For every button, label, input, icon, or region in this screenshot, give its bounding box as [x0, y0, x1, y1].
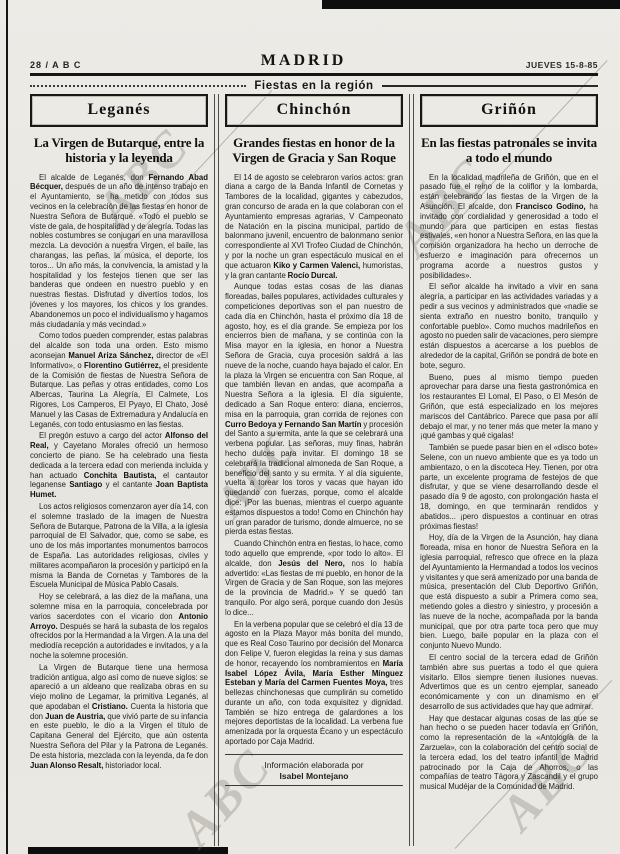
article-paragraph: La Virgen de Butarque tiene una hermosa …: [30, 663, 208, 771]
page-folio: 28 / A B C: [30, 60, 81, 70]
article-paragraph: Hay que destacar algunas cosas de las qu…: [420, 714, 598, 792]
scan-left-edge-line: [6, 0, 8, 854]
town-box-chinchon: Chinchón: [225, 94, 403, 127]
town-box-grinon: Griñón: [420, 94, 598, 127]
article-paragraph: El 14 de agosto se celebraron varios act…: [225, 173, 403, 281]
headline-grinon: En las fiestas patronales se invita a to…: [420, 135, 598, 166]
articles-row: Leganés La Virgen de Butarque, entre la …: [30, 94, 598, 846]
article-paragraph: Hoy se celebrará, a las diez de la mañan…: [30, 592, 208, 661]
town-name: Leganés: [88, 101, 151, 118]
town-box-leganes: Leganés: [30, 94, 208, 127]
issue-date: JUEVES 15-8-85: [526, 60, 598, 70]
article-paragraph: Los actos religiosos comenzaron ayer día…: [30, 502, 208, 590]
article-paragraph: También se puede pasar bien en el «disco…: [420, 443, 598, 531]
column-divider: [214, 94, 219, 846]
town-name: Griñón: [481, 101, 537, 118]
scan-black-bar-top: [322, 0, 620, 9]
article-paragraph: En la verbena popular que se celebró el …: [225, 620, 403, 747]
credit-author: Isabel Montejano: [225, 771, 403, 781]
article-paragraph: El señor alcalde ha invitado a vivir en …: [420, 282, 598, 370]
article-paragraph: Bueno, pues al mismo tiempo pueden aprov…: [420, 373, 598, 442]
section-banner: Fiestas en la región: [30, 80, 598, 92]
credit-line: Información elaborada por: [225, 760, 403, 770]
article-leganes: Leganés La Virgen de Butarque, entre la …: [30, 94, 208, 846]
section-banner-title: Fiestas en la región: [252, 80, 375, 92]
article-paragraph: En la localidad madrileña de Griñón, que…: [420, 173, 598, 281]
scan-black-bar-bottom: [28, 847, 228, 854]
newspaper-page: ABC ABC ABC ABC ABC 28 / A B C MADRID JU…: [0, 0, 620, 854]
column-divider: [409, 94, 414, 846]
article-paragraph: Aunque todas estas cosas de las dianas f…: [225, 282, 403, 537]
banner-rule-left: [30, 85, 246, 87]
banner-rule-right: [382, 85, 598, 87]
article-paragraph: El pregón estuvo a cargo del actor Alfon…: [30, 431, 208, 500]
headline-chinchon: Grandes fiestas en honor de la Virgen de…: [225, 135, 403, 166]
headline-leganes: La Virgen de Butarque, entre la historia…: [30, 135, 208, 166]
credit-box: Información elaborada por Isabel Monteja…: [225, 754, 403, 786]
section-title: MADRID: [261, 52, 347, 70]
article-paragraph: Hoy, día de la Virgen de la Asunción, ha…: [420, 533, 598, 651]
article-paragraph: El alcalde de Leganés, don Fernando Abad…: [30, 173, 208, 330]
article-paragraph: Cuando Chinchón entra en fiestas, lo hac…: [225, 539, 403, 617]
article-chinchon: Chinchón Grandes fiestas en honor de la …: [225, 94, 403, 846]
page-header: 28 / A B C MADRID JUEVES 15-8-85: [30, 52, 598, 70]
town-name: Chinchón: [277, 101, 352, 118]
article-paragraph: El centro social de la tercera edad de G…: [420, 653, 598, 712]
masthead-rule: [30, 73, 598, 76]
article-grinon: Griñón En las fiestas patronales se invi…: [420, 94, 598, 846]
article-paragraph: Como todos pueden comprender, estas pala…: [30, 331, 208, 429]
